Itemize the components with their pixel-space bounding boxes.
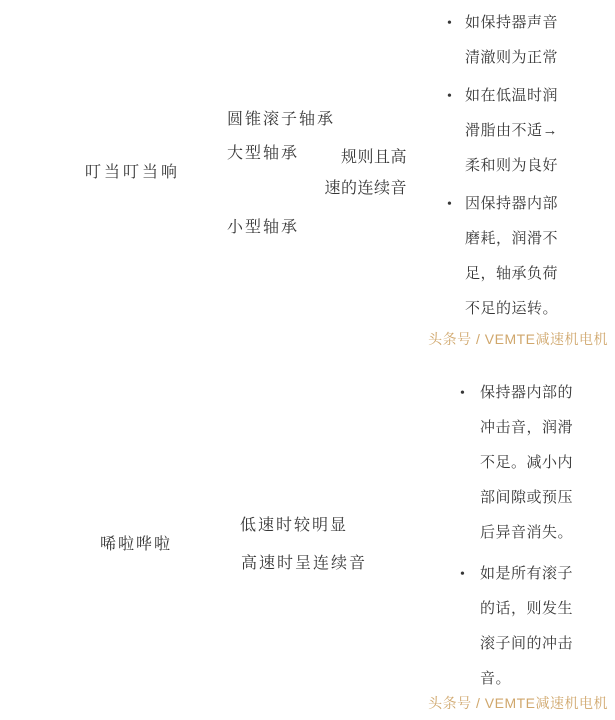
bearing-type-large: 大型轴承 (227, 144, 299, 164)
cause-item: • 如是所有滚子的话，则发生滚子间的冲击音。 (460, 557, 573, 697)
cause-item: • 如在低温时润滑脂由不适→柔和则为良好 (447, 79, 558, 184)
bearing-type-tapered-roller: 圆锥滚子轴承 (227, 110, 335, 130)
sound-pattern-text: 规则且高速的连续音 (324, 142, 407, 204)
document-page: 叮当叮当响 圆锥滚子轴承 大型轴承 小型轴承 规则且高速的连续音 • 如保持器声… (0, 0, 615, 720)
bullet-icon: • (447, 187, 465, 222)
condition-low-speed: 低速时较明显 (240, 516, 348, 536)
watermark-toutiao: 头条号 / VEMTE减速机电机 (428, 694, 608, 712)
cause-item: • 如保持器声音清澈则为正常 (447, 6, 558, 76)
watermark-toutiao: 头条号 / VEMTE减速机电机 (428, 330, 608, 348)
bullet-icon: • (460, 376, 480, 411)
bullet-icon: • (447, 79, 465, 114)
cause-item: • 因保持器内部磨耗，润滑不足，轴承负荷不足的运转。 (447, 187, 558, 327)
cause-list-row1: • 如保持器声音清澈则为正常 • 如在低温时润滑脂由不适→柔和则为良好 • 因保… (447, 6, 558, 330)
sound-label-xila: 唏啦哗啦 (100, 535, 172, 555)
cause-list-row2: • 保持器内部的冲击音，润滑不足。减小内部间隙或预压后异音消失。 • 如是所有滚… (460, 376, 573, 703)
bullet-icon: • (447, 6, 465, 41)
sound-label-dingdang: 叮当叮当响 (85, 163, 180, 183)
bearing-type-small: 小型轴承 (227, 218, 299, 238)
cause-text: 如是所有滚子的话，则发生滚子间的冲击音。 (480, 557, 573, 697)
cause-text: 因保持器内部磨耗，润滑不足，轴承负荷不足的运转。 (465, 187, 558, 327)
cause-item: • 保持器内部的冲击音，润滑不足。减小内部间隙或预压后异音消失。 (460, 376, 573, 551)
cause-text: 保持器内部的冲击音，润滑不足。减小内部间隙或预压后异音消失。 (480, 376, 573, 551)
cause-text: 如在低温时润滑脂由不适→柔和则为良好 (465, 79, 558, 184)
condition-high-speed: 高速时呈连续音 (241, 554, 367, 574)
bullet-icon: • (460, 557, 480, 592)
cause-text: 如保持器声音清澈则为正常 (465, 6, 558, 76)
